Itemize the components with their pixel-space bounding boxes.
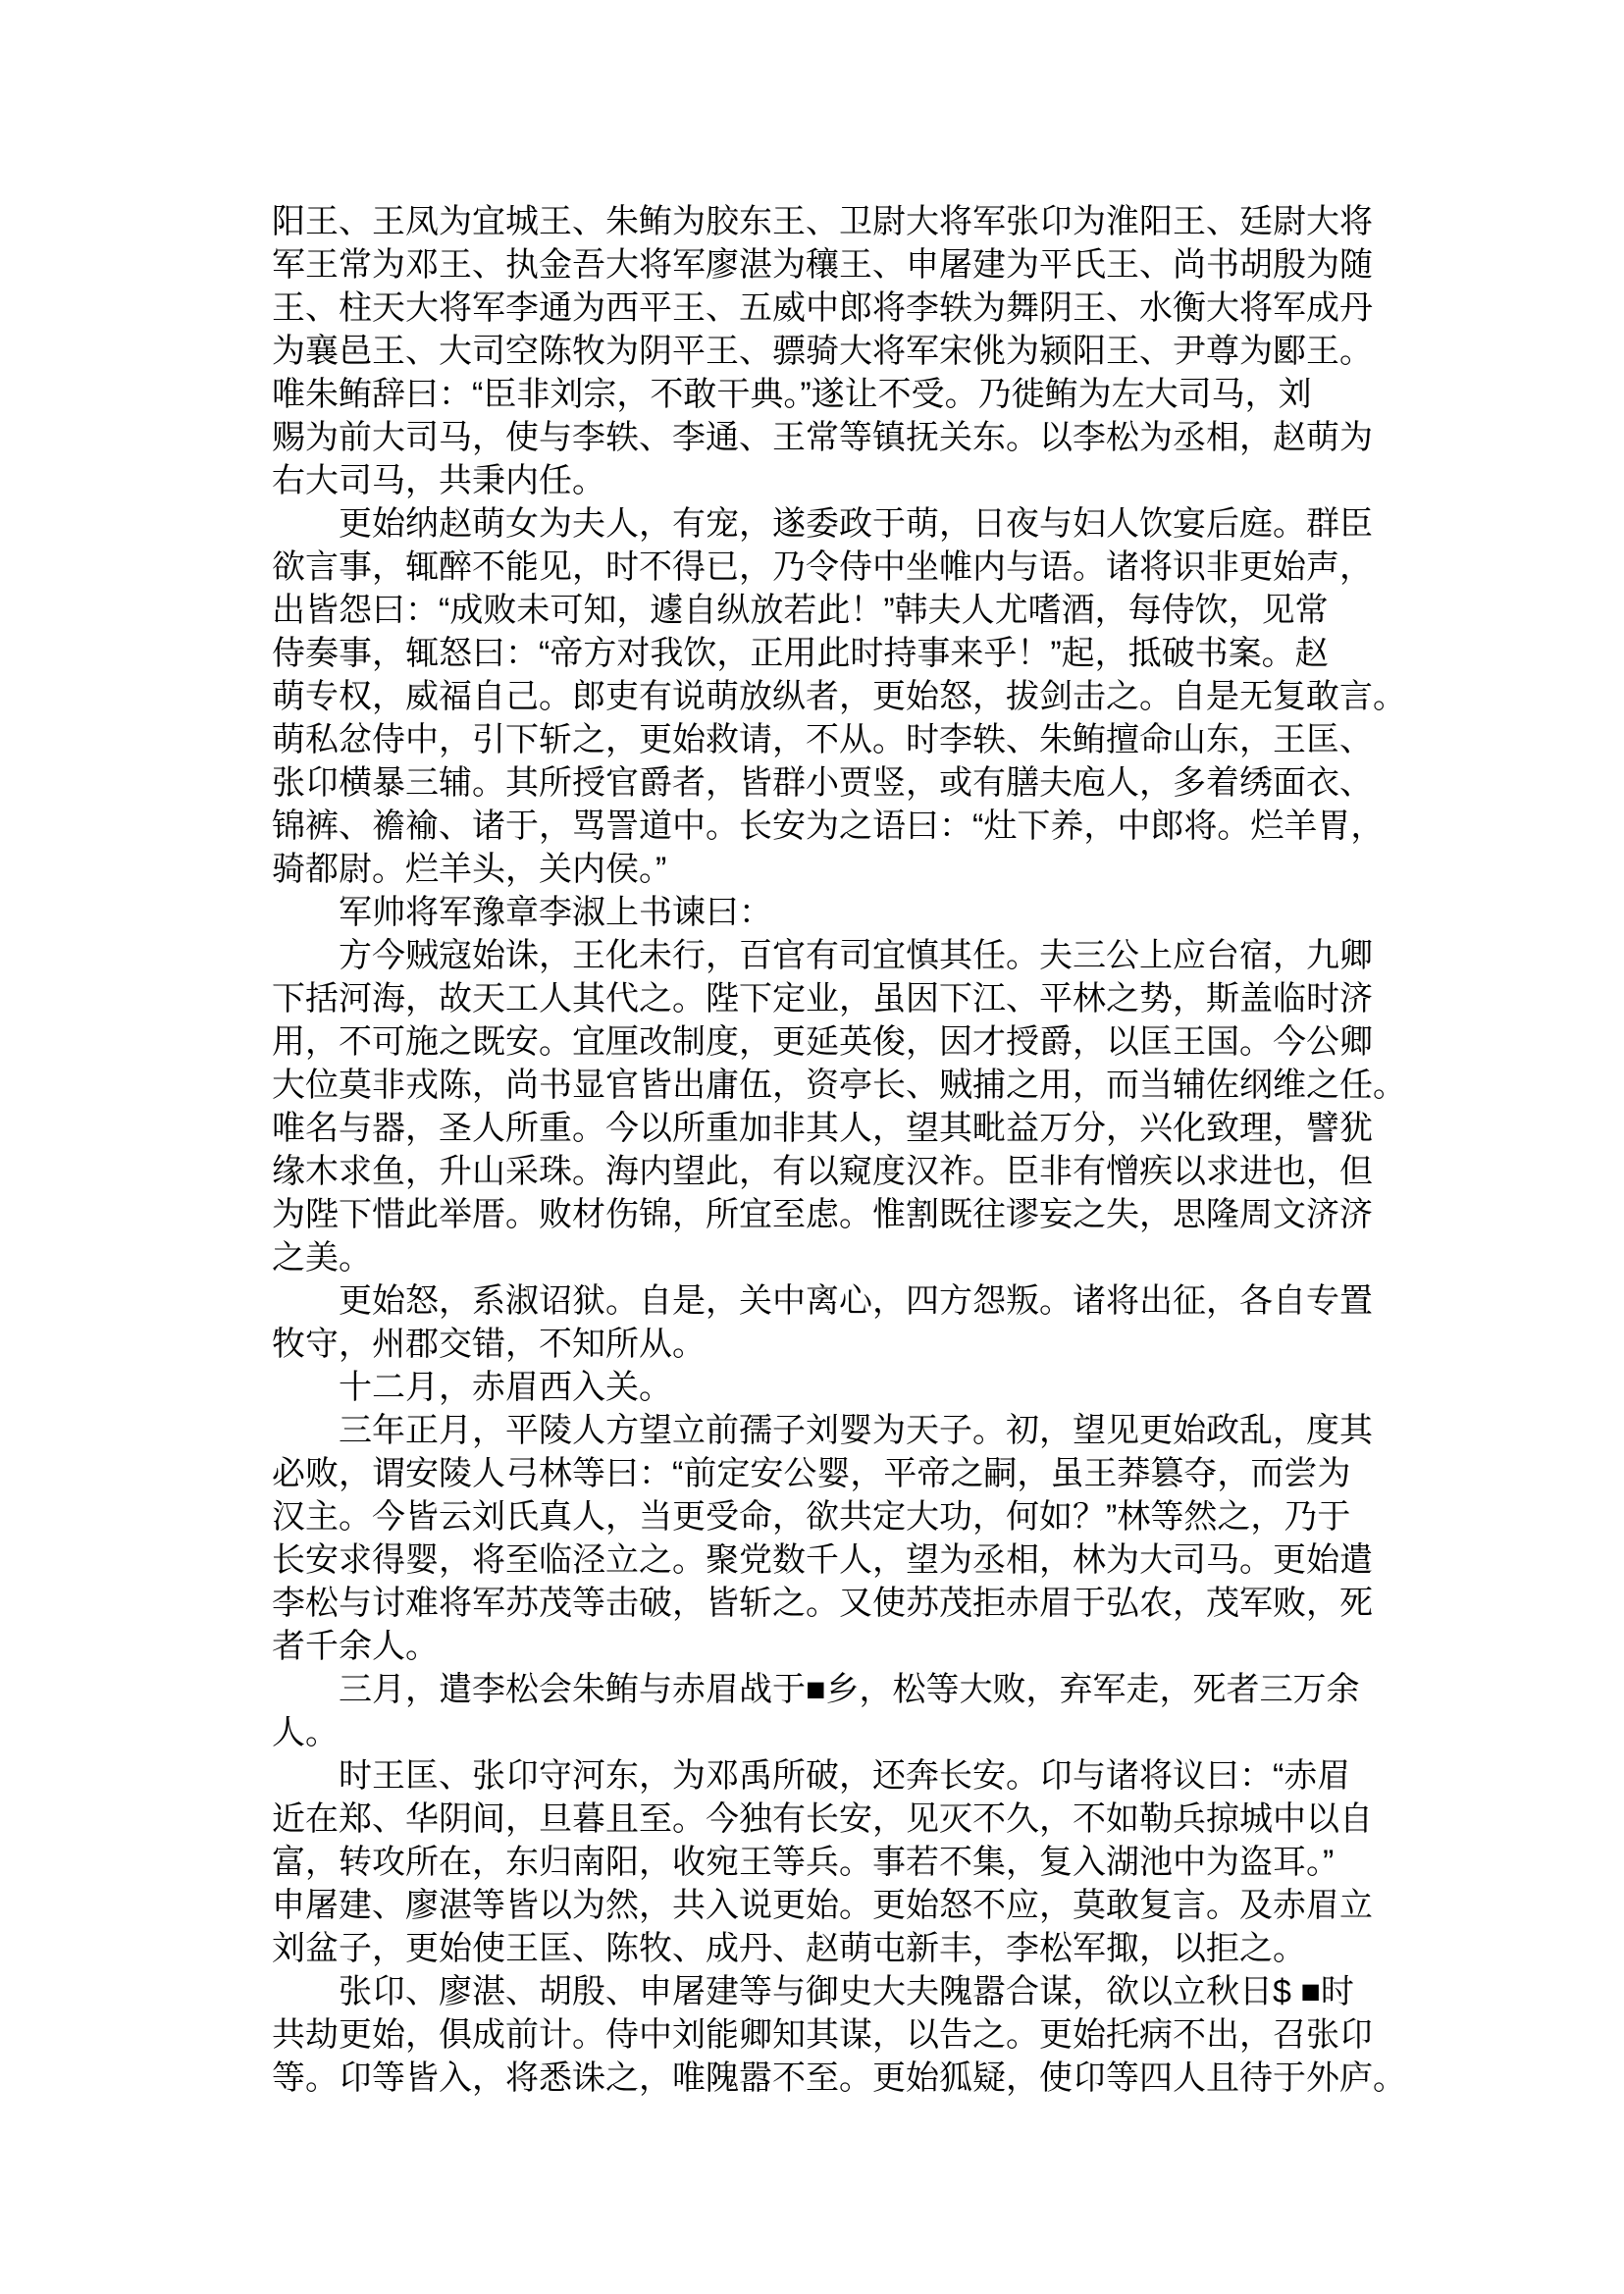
text-line-39: 富，转攻所在，东归南阳，收宛王等兵。事若不集，复入湖池中为盗耳。”: [272, 1841, 1410, 1884]
text-line-7: 右大司马，共秉内任。: [272, 459, 1410, 502]
text-line-24: 为陛下惜此举厝。败材伤锦，所宜至虑。惟割既往谬妄之失，思隆周文济济: [272, 1193, 1410, 1236]
text-line-43: 共劫更始，俱成前计。侍中刘能卿知其谋，以告之。更始托病不出，召张卬: [272, 2013, 1410, 2057]
text-line-19: 下括河海，故天工人其代之。陛下定业，虽因下江、平林之势，斯盖临时济: [272, 977, 1410, 1020]
text-line-38: 近在郑、华阴间，旦暮且至。今独有长安，见灭不久，不如勒兵掠城中以自: [272, 1798, 1410, 1841]
text-line-13: 萌私忿侍中，引下斩之，更始救请，不从。时李轶、朱鲔擅命山东，王匡、: [272, 718, 1410, 761]
text-line-21: 大位莫非戎陈，尚书显官皆出庸伍，资亭长、贼捕之用，而当辅佐纲维之任。: [272, 1064, 1410, 1107]
text-line-3: 王、柱天大将军李通为西平王、五威中郎将李轶为舞阴王、水衡大将军成丹: [272, 287, 1410, 330]
text-line-5: 唯朱鲔辞曰：“臣非刘宗，不敢干典。”遂让不受。乃徙鲔为左大司马，刘: [272, 373, 1410, 416]
text-line-29: 三年正月，平陵人方望立前孺子刘婴为天子。初，望见更始政乱，度其: [272, 1409, 1410, 1452]
text-line-6: 赐为前大司马，使与李轶、李通、王常等镇抚关东。以李松为丞相，赵萌为: [272, 416, 1410, 459]
text-line-22: 唯名与器，圣人所重。今以所重加非其人，望其毗益万分，兴化致理，譬犹: [272, 1107, 1410, 1150]
text-line-16: 骑都尉。烂羊头，关内侯。”: [272, 848, 1410, 891]
text-line-26: 更始怒，系淑诏狱。自是，关中离心，四方怨叛。诸将出征，各自专置: [272, 1279, 1410, 1323]
text-line-17: 军帅将军豫章李淑上书谏曰：: [272, 891, 1410, 934]
text-line-33: 李松与讨难将军苏茂等击破，皆斩之。又使苏茂拒赤眉于弘农，茂军败，死: [272, 1582, 1410, 1625]
text-line-25: 之美。: [272, 1236, 1410, 1279]
text-line-44: 等。卬等皆入，将悉诛之，唯隗嚣不至。更始狐疑，使卬等四人且待于外庐。: [272, 2057, 1410, 2100]
text-line-23: 缘木求鱼，升山采珠。海内望此，有以窥度汉祚。臣非有憎疾以求进也，但: [272, 1150, 1410, 1193]
text-line-28: 十二月，赤眉西入关。: [272, 1366, 1410, 1409]
text-line-15: 锦裤、襜褕、诸于，骂詈道中。长安为之语曰：“灶下养，中郎将。烂羊胃，: [272, 805, 1410, 848]
text-line-11: 侍奏事，辄怒曰：“帝方对我饮，正用此时持事来乎！”起，抵破书案。赵: [272, 632, 1410, 675]
text-line-12: 萌专权，威福自己。郎吏有说萌放纵者，更始怒，拔剑击之。自是无复敢言。: [272, 675, 1410, 718]
text-line-1: 阳王、王凤为宜城王、朱鲔为胶东王、卫尉大将军张卬为淮阳王、廷尉大将: [272, 200, 1410, 243]
text-line-20: 用，不可施之既安。宜厘改制度，更延英俊，因才授爵，以匡王国。今公卿: [272, 1020, 1410, 1064]
text-line-30: 必败，谓安陵人弓林等曰：“前定安公婴，平帝之嗣，虽王莽篡夺，而尝为: [272, 1452, 1410, 1495]
document-text: 阳王、王凤为宜城王、朱鲔为胶东王、卫尉大将军张卬为淮阳王、廷尉大将军王常为邓王、…: [272, 200, 1410, 2100]
text-line-36: 人。: [272, 1711, 1410, 1754]
text-line-10: 出皆怨曰：“成败未可知，遽自纵放若此！”韩夫人尤嗜酒，每侍饮，见常: [272, 589, 1410, 632]
text-line-9: 欲言事，辄醉不能见，时不得已，乃令侍中坐帷内与语。诸将识非更始声，: [272, 546, 1410, 589]
text-line-37: 时王匡、张卬守河东，为邓禹所破，还奔长安。卬与诸将议曰：“赤眉: [272, 1754, 1410, 1798]
text-line-42: 张卬、廖湛、胡殷、申屠建等与御史大夫隗嚣合谋，欲以立秋日$ ■时: [272, 1970, 1410, 2013]
text-line-32: 长安求得婴，将至临泾立之。聚党数千人，望为丞相，林为大司马。更始遣: [272, 1538, 1410, 1582]
text-line-27: 牧守，州郡交错，不知所从。: [272, 1323, 1410, 1366]
text-line-14: 张卬横暴三辅。其所授官爵者，皆群小贾竖，或有膳夫庖人，多着绣面衣、: [272, 761, 1410, 805]
text-line-2: 军王常为邓王、执金吾大将军廖湛为穰王、申屠建为平氏王、尚书胡殷为随: [272, 243, 1410, 287]
text-line-31: 汉主。今皆云刘氏真人，当更受命，欲共定大功，何如？”林等然之，乃于: [272, 1495, 1410, 1538]
text-line-18: 方今贼寇始诛，王化未行，百官有司宜慎其任。夫三公上应台宿，九卿: [272, 934, 1410, 977]
text-line-34: 者千余人。: [272, 1625, 1410, 1668]
text-line-8: 更始纳赵萌女为夫人，有宠，遂委政于萌，日夜与妇人饮宴后庭。群臣: [272, 502, 1410, 546]
text-line-4: 为襄邑王、大司空陈牧为阴平王、骠骑大将军宋佻为颍阳王、尹尊为郾王。: [272, 330, 1410, 373]
text-line-35: 三月，遣李松会朱鲔与赤眉战于■乡，松等大败，弃军走，死者三万余: [272, 1668, 1410, 1711]
text-line-41: 刘盆子，更始使王匡、陈牧、成丹、赵萌屯新丰，李松军掫，以拒之。: [272, 1927, 1410, 1970]
page: 阳王、王凤为宜城王、朱鲔为胶东王、卫尉大将军张卬为淮阳王、廷尉大将军王常为邓王、…: [0, 0, 1624, 2294]
text-line-40: 申屠建、廖湛等皆以为然，共入说更始。更始怒不应，莫敢复言。及赤眉立: [272, 1884, 1410, 1927]
